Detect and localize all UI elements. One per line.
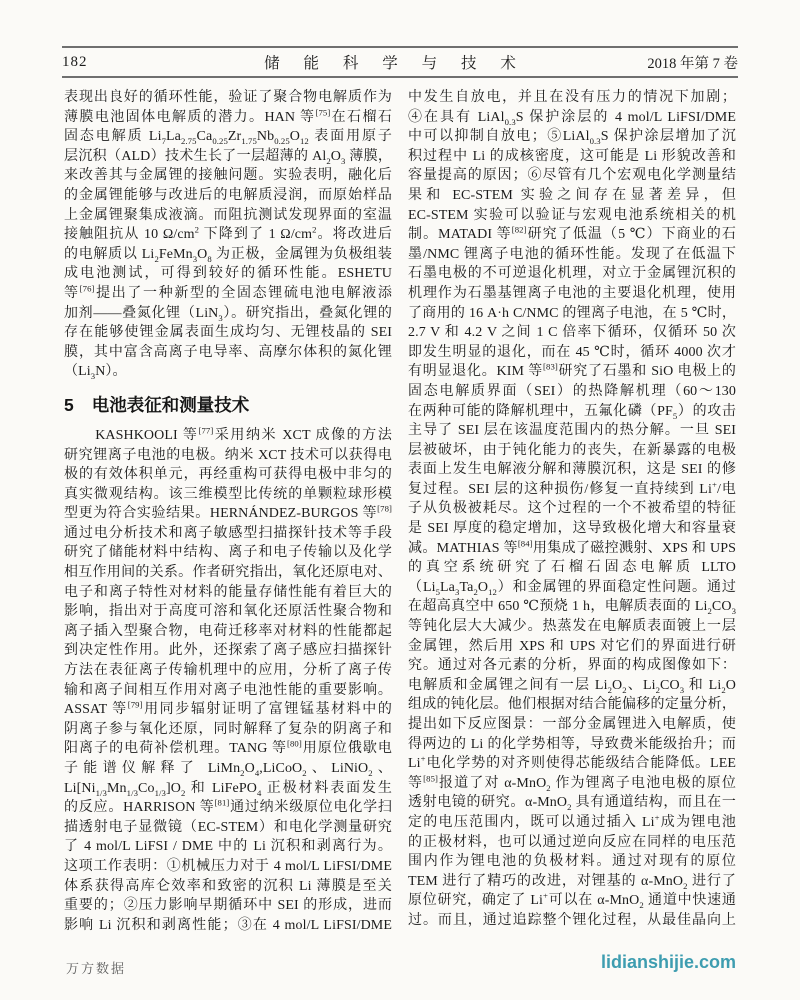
- text-line: 固态电解质 Li7La2.75Ca0.25Zr1.75Nb0.25O12 表面用…: [64, 127, 392, 147]
- text-line: 存在能够使锂金属表面生成均匀、无锂枝晶的 SEI: [64, 323, 392, 343]
- left-column: 表现出良好的循环性能，验证了聚合物电解质作为薄膜电池固体电解质的潜力。HAN 等…: [64, 88, 392, 935]
- text-line: 定的电压范围内，既可以通过插入 Li+成为锂电池: [408, 813, 736, 833]
- text-line: 过。而且，通过追踪整个锂化过程，从最佳晶向上: [408, 911, 736, 931]
- text-line: 体系获得高库仑效率和致密的沉积 Li 薄膜是至关: [64, 877, 392, 897]
- text-line: 透射电镜的研究。α-MnO2 具有通道结构，而且在一: [408, 793, 736, 813]
- text-line: 即发生明显的退化，而在 45 ℃时，循环 4000 次才: [408, 343, 736, 363]
- text-line: 的电解质以 Li2FeMn3O8 为正极，金属锂为负极组装: [64, 245, 392, 265]
- text-line: 来改善其与金属锂的接触问题。实验表明，融化后: [64, 166, 392, 186]
- text-line: 等钝化层大大减少。热蒸发在电解质表面镀上一层: [408, 617, 736, 637]
- text-line: 表现出良好的循环性能，验证了聚合物电解质作为: [64, 88, 392, 108]
- text-line: 这项工作表明：①机械压力对于 4 mol/L LiFSI/DME: [64, 857, 392, 877]
- text-line: 容量提高的原因；⑥尽管有几个宏观电化学测量结: [408, 166, 736, 186]
- text-line: 描透射电子显微镜（EC-STEM）和电化学测量研究: [64, 818, 392, 838]
- text-line: 是 SEI 厚度的稳定增加，这导致极化增大和容量衰: [408, 519, 736, 539]
- text-line: 减。MATHIAS 等[84]用集成了磁控溅射、XPS 和 UPS: [408, 539, 736, 559]
- text-line: 接触阻抗从 10 Ω/cm2 下降到了 1 Ω/cm2。将改进后: [64, 225, 392, 245]
- text-line: 层被破坏，由于钝化能力的丧失，在新暴露的电极: [408, 441, 736, 461]
- text-line: ④在具有 LiAl0.3S 保护涂层的 4 mol/L LiFSI/DME: [408, 108, 736, 128]
- text-line: 通过电分析技术和离子敏感型扫描探针技术等手段: [64, 524, 392, 544]
- text-line: 2.7 V 和 4.2 V 之间 1 C 倍率下循环，仅循环 50 次: [408, 323, 736, 343]
- text-line: 果和 EC-STEM 实验之间存在显著差异，但: [408, 186, 736, 206]
- text-line: 墨/NMC 锂离子电池的循环性能。发现了在低温下: [408, 245, 736, 265]
- text-line: 中可以抑制自放电；⑤LiAl0.3S 保护涂层增加了沉: [408, 127, 736, 147]
- text-line: 影响 Li 沉积和剥离性能；③在 4 mol/L LiFSI/DME: [64, 916, 392, 936]
- text-line: 金属锂，然后用 XPS 和 UPS 对它们的界面进行研: [408, 637, 736, 657]
- text-line: 提出如下反应图景：一部分金属锂进入电解质，使: [408, 715, 736, 735]
- text-line: 中发生自放电，并且在没有压力的情况下加剧；: [408, 88, 736, 108]
- text-line: 重要的；②压力影响早期循环中 SEI 的形成，进而: [64, 896, 392, 916]
- right-column: 中发生自放电，并且在没有压力的情况下加剧；④在具有 LiAl0.3S 保护涂层的…: [408, 88, 736, 935]
- text-line: 表面上发生电解液分解和薄膜沉积，这是 SEI 的修: [408, 460, 736, 480]
- text-line: 方法在表征离子传输机理中的应用，分析了离子传: [64, 661, 392, 681]
- wanfang-watermark: 万方数据: [66, 958, 126, 977]
- text-line: ASSAT 等[79]用同步辐射证明了富锂锰基材料中的: [64, 700, 392, 720]
- text-line: 制。MATADI 等[82]研究了低温（5 ℃）下商业的石: [408, 225, 736, 245]
- text-line: 层沉积（ALD）技术生长了一层超薄的 Al2O3 薄膜，: [64, 147, 392, 167]
- text-line: 离子插入型聚合物，电荷迁移率对材料的性能都起: [64, 622, 392, 642]
- text-line: 子能谱仪解释了 LiMn2O4,LiCoO2、LiNiO2、: [64, 759, 392, 779]
- page-header: 182 储 能 科 学 与 技 术 2018 年第 7 卷: [62, 46, 738, 78]
- text-line: 等[76]提出了一种新型的全固态锂硫电池电解液添: [64, 284, 392, 304]
- text-line: TEM 进行了精巧的改进，对锂基的 α-MnO2 进行了: [408, 872, 736, 892]
- text-line: 原位研究，确定了 Li+可以在 α-MnO2 通道中快速通: [408, 891, 736, 911]
- page-number: 182: [62, 54, 182, 71]
- body-text: 表现出良好的循环性能，验证了聚合物电解质作为薄膜电池固体电解质的潜力。HAN 等…: [64, 88, 736, 935]
- text-line: 积过程中 Li 的成核密度，这可能是 Li 形貌改善和: [408, 147, 736, 167]
- text-line: （Li3N）。: [64, 362, 392, 382]
- text-line: 阴离子参与氧化还原，同时解释了复杂的阴离子和: [64, 720, 392, 740]
- text-line: 研究了储能材料中结构、离子和电子传输以及化学: [64, 543, 392, 563]
- text-line: 电解质和金属锂之间有一层 Li2O2、Li2CO3 和 Li2O: [408, 676, 736, 696]
- text-line: 的真空系统研究了石榴石固态电解质 LLTO: [408, 558, 736, 578]
- issue-label: 2018 年第 7 卷: [608, 52, 738, 73]
- text-line: 了 4 mol/L LiFSI / DME 中的 Li 沉积和剥离行为。: [64, 837, 392, 857]
- text-line: 相互作用间的关系。作者研究指出，氧化还原电对、: [64, 563, 392, 583]
- text-line: 围内作为锂电池的负极材料。通过对现有的原位: [408, 852, 736, 872]
- text-line: 的反应。HARRISON 等[81]通过纳米级原位电化学扫: [64, 798, 392, 818]
- text-line: 影响，指出对于高度可溶和氧化还原活性聚合物和: [64, 602, 392, 622]
- text-line: KASHKOOLI 等[77]采用纳米 XCT 成像的方法: [64, 426, 392, 446]
- text-line: 研究锂离子电池的电极。纳米 XCT 技术可以获得电: [64, 446, 392, 466]
- text-line: 加剂——叠氮化锂（LiN3）。研究指出，叠氮化锂的: [64, 304, 392, 324]
- text-line: 了商用的 16 A·h C/NMC 的锂离子电池，在 5 ℃时，: [408, 304, 736, 324]
- text-line: 在超高真空中 650 ℃预烧 1 h，电解质表面的 Li2CO3: [408, 597, 736, 617]
- journal-title: 储 能 科 学 与 技 术: [182, 51, 608, 73]
- text-line: 组成的钝化层。他们根据对结合能偏移的定量分析，: [408, 695, 736, 715]
- text-line: 复过程。SEI 层的这种损伤/修复一直持续到 Li+/电: [408, 480, 736, 500]
- text-line: 输和离子间相互作用对离子电池性能的重要影响。: [64, 681, 392, 701]
- text-line: Li+电化学势的对齐则使得芯能级结合能降低。LEE: [408, 754, 736, 774]
- text-line: 真实微观结构。该三维模型比传统的单颗粒球形模: [64, 485, 392, 505]
- text-line: 究。通过对各元素的分析，界面的构成图像如下：: [408, 656, 736, 676]
- text-line: 子从负极被耗尽。这个过程的一个不被希望的特征: [408, 499, 736, 519]
- text-line: 有明显退化。KIM 等[83]研究了石墨和 SiO 电极上的: [408, 362, 736, 382]
- text-line: 型更为符合实验结果。HERNÁNDEZ-BURGOS 等[78]: [64, 504, 392, 524]
- text-line: 的正极材料，也可以通过逆向反应在同样的电压范: [408, 833, 736, 853]
- text-line: 在两种可能的降解机理中，五氟化磷（PF5）的攻击: [408, 402, 736, 422]
- text-line: 主导了 SEI 层在该温度范围内的热分解。一旦 SEI: [408, 421, 736, 441]
- text-line: 膜，其中富含高离子电导率、高摩尔体积的氮化锂: [64, 343, 392, 363]
- website-watermark: lidianshijie.com: [601, 952, 736, 973]
- text-line: 的金属锂能够与改进后的电解质浸润，而原始样品: [64, 186, 392, 206]
- text-line: 机理作为石墨基锂离子电池的主要退化机理，使用: [408, 284, 736, 304]
- journal-page: 182 储 能 科 学 与 技 术 2018 年第 7 卷 表现出良好的循环性能…: [0, 0, 800, 1000]
- text-line: 等[85]报道了对 α-MnO2 作为锂离子电池电极的原位: [408, 774, 736, 794]
- text-line: 到决定性作用。此外，还探索了离子感应扫描探针: [64, 641, 392, 661]
- text-line: （Li5La3Ta2O12）和金属锂的界面稳定性问题。通过: [408, 578, 736, 598]
- text-line: 得两边的 Li 的化学势相等，导致费米能级抬升；而: [408, 735, 736, 755]
- text-line: Li[Ni1/3Mn1/3Co1/3]O2 和 LiFePO4 正极材料表面发生: [64, 779, 392, 799]
- text-line: 成电池测试，可得到较好的循环性能。ESHETU: [64, 264, 392, 284]
- section-heading: 5电池表征和测量技术: [64, 393, 392, 417]
- text-line: EC-STEM 实验可以验证与宏观电池系统相关的机: [408, 206, 736, 226]
- text-line: 固态电解质界面（SEI）的热降解机理（60～130 ℃）。: [408, 382, 736, 402]
- text-line: 极的有效体积单元，再经重构可获得电极中非匀的: [64, 465, 392, 485]
- text-line: 薄膜电池固体电解质的潜力。HAN 等[75]在石榴石: [64, 108, 392, 128]
- text-line: 电子和离子特性对材料的能量存储性能有着巨大的: [64, 583, 392, 603]
- text-line: 阳离子的电荷补偿机理。TANG 等[80]用原位俄歇电: [64, 739, 392, 759]
- text-line: 上金属锂聚集成液滴。而阻抗测试发现界面的室温: [64, 206, 392, 226]
- text-line: 石墨电极的不可逆退化机理，对立于金属锂沉积的: [408, 264, 736, 284]
